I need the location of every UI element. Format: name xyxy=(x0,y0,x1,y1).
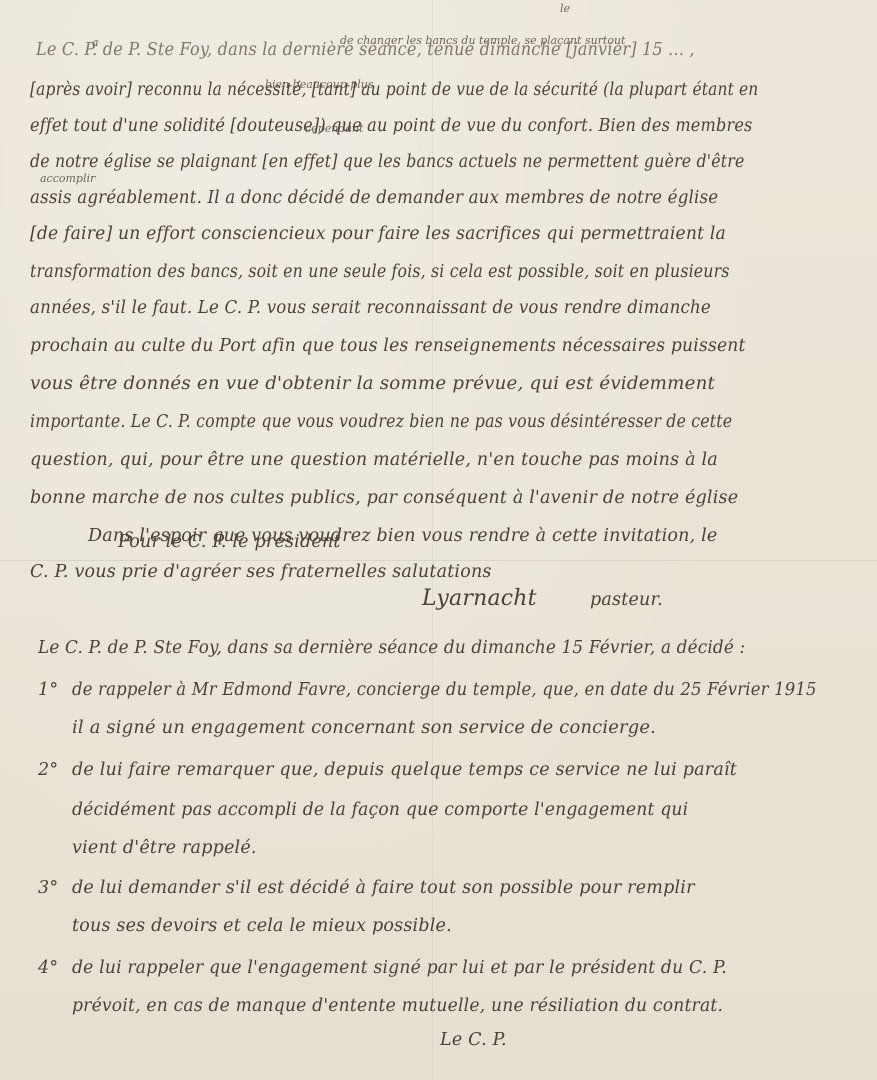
letter-line: années, s'il le faut. Le C. P. vous sera… xyxy=(30,298,711,318)
item-line: décidément pas accompli de la façon que … xyxy=(72,800,688,820)
letter-line: de notre église se plaignant [en effet] … xyxy=(30,152,744,172)
letter-line: bonne marche de nos cultes publics, par … xyxy=(30,488,738,508)
letter-line: [après avoir] reconnu la nécessité, [tan… xyxy=(30,80,758,100)
interlinear-note: accomplir xyxy=(40,172,95,185)
pastor-signature: Lyarnacht xyxy=(422,586,537,611)
letter-line: [de faire] un effort consciencieux pour … xyxy=(30,224,726,244)
interlinear-note: le xyxy=(560,2,570,15)
item-line: vient d'être rappelé. xyxy=(72,838,257,858)
item-number: 2° xyxy=(38,760,58,780)
item-number: 3° xyxy=(38,878,58,898)
letter-line: importante. Le C. P. compte que vous vou… xyxy=(30,412,732,432)
paper-fold-horizontal xyxy=(0,560,877,561)
letter-line: question, qui, pour être une question ma… xyxy=(30,450,718,470)
council-signature: Le C. P. xyxy=(440,1030,507,1050)
item-line: tous ses devoirs et cela le mieux possib… xyxy=(72,916,452,936)
item-number: 1° xyxy=(38,680,58,700)
letter-line: transformation des bancs, soit en une se… xyxy=(30,262,730,282)
letter-line: Le C. P. de P. Ste Foy, dans la dernière… xyxy=(36,40,695,60)
item-line: il a signé un engagement concernant son … xyxy=(72,718,656,738)
item-line: de rappeler à Mr Edmond Favre, concierge… xyxy=(72,680,817,700)
manuscript-page: le de changer les bancs du temple, se pl… xyxy=(0,0,877,1080)
item-line: de lui demander s'il est décidé à faire … xyxy=(72,878,695,898)
letter-closing: Pour le C. P. le président xyxy=(118,532,341,552)
letter-line: prochain au culte du Port afin que tous … xyxy=(30,336,746,356)
letter-line: C. P. vous prie d'agréer ses fraternelle… xyxy=(30,562,492,582)
item-line: de lui faire remarquer que, depuis quelq… xyxy=(72,760,737,780)
item-line: de lui rappeler que l'engagement signé p… xyxy=(72,958,727,978)
letter-line: vous être donnés en vue d'obtenir la som… xyxy=(30,374,715,394)
pastor-title: pasteur. xyxy=(590,590,663,610)
letter-line: effet tout d'une solidité [douteuse]) qu… xyxy=(30,116,753,136)
item-number: 4° xyxy=(38,958,58,978)
minutes-intro: Le C. P. de P. Ste Foy, dans sa dernière… xyxy=(38,638,745,658)
letter-line: assis agréablement. Il a donc décidé de … xyxy=(30,188,718,208)
item-line: prévoit, en cas de manque d'entente mutu… xyxy=(72,996,723,1016)
